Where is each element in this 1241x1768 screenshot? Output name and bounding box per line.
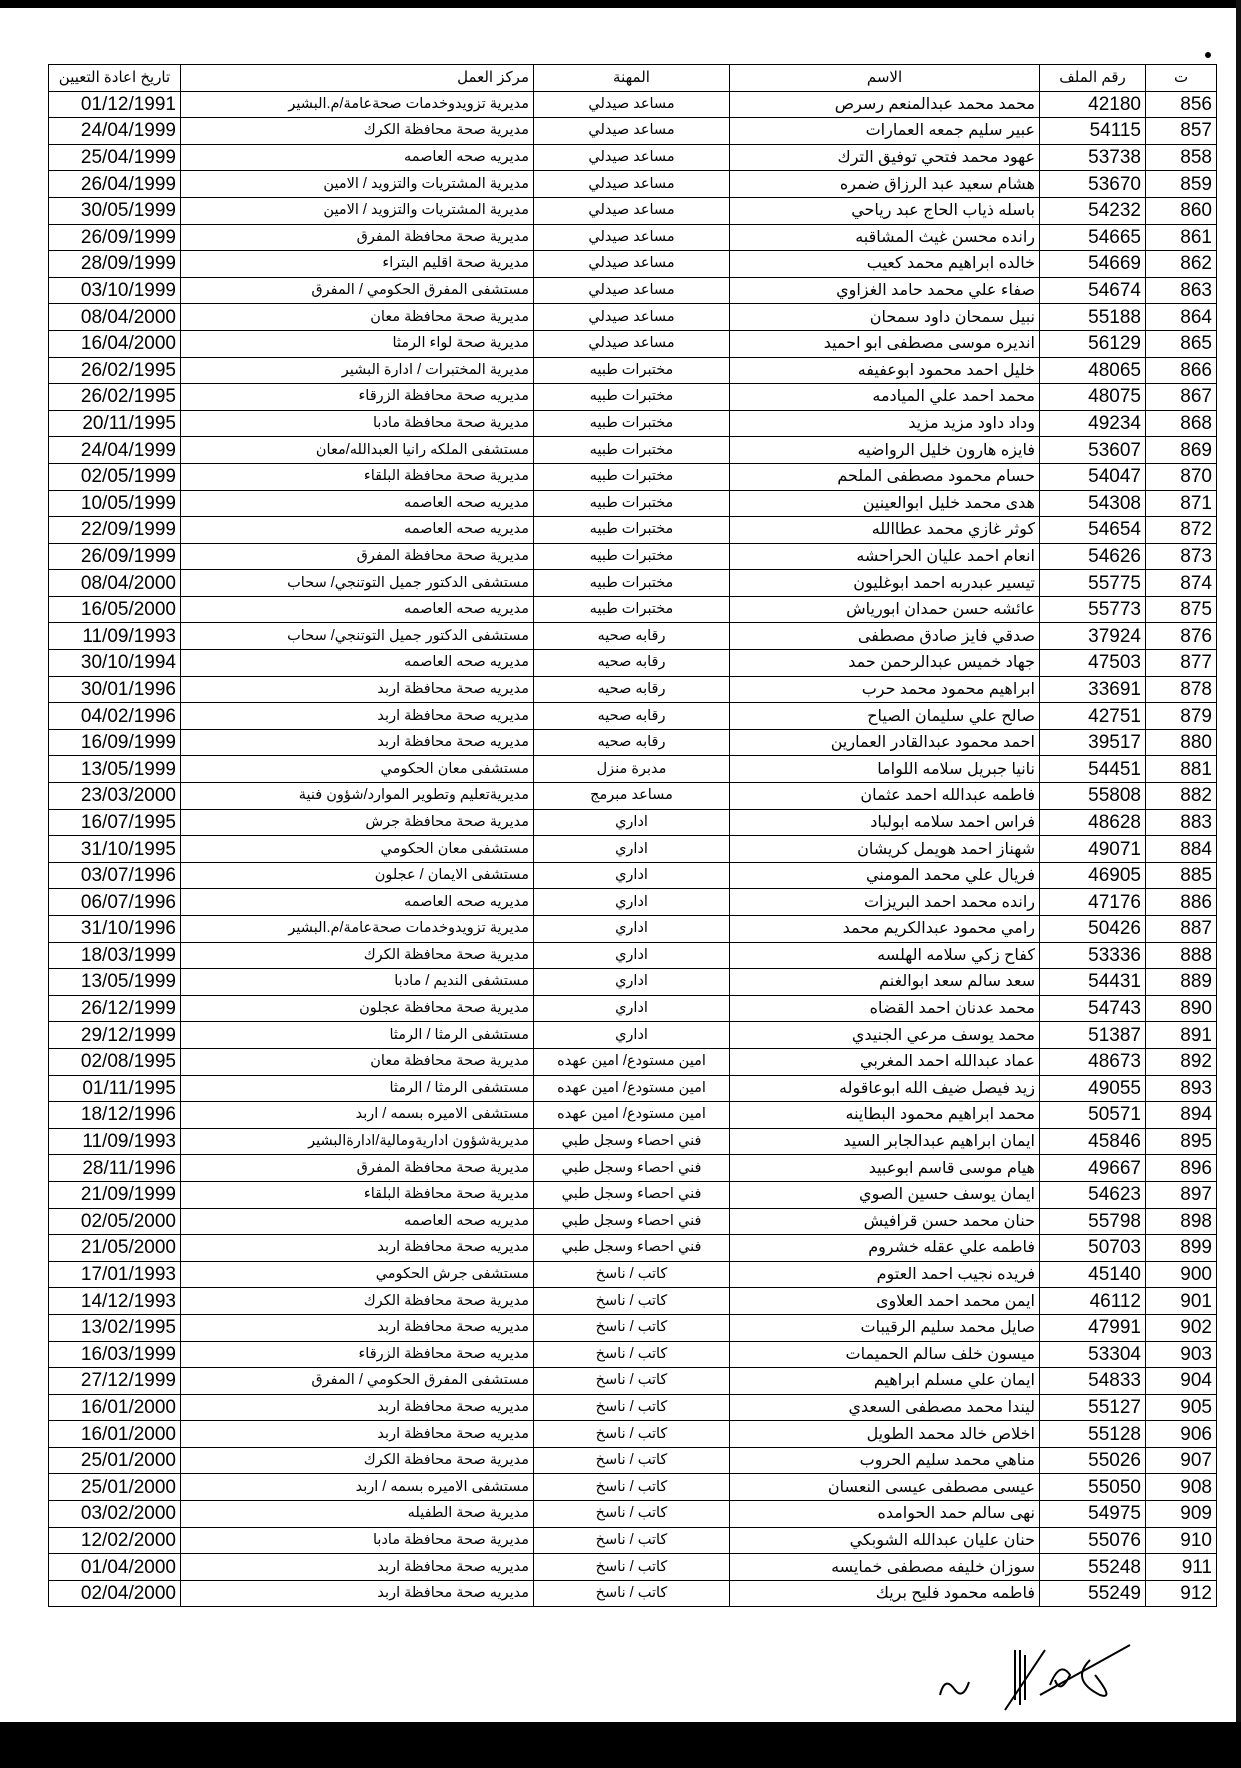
- file-number-cell: 54115: [1040, 118, 1146, 145]
- workplace-cell: مستشفى معان الحكومي: [181, 836, 534, 863]
- name-cell: محمد احمد علي الميادمه: [730, 384, 1040, 411]
- file-number-cell: 42180: [1040, 91, 1146, 118]
- file-number-cell: 54626: [1040, 543, 1146, 570]
- name-cell: ايمن محمد احمد العلاوى: [730, 1288, 1040, 1315]
- table-row: 18/12/1996مستشفى الاميره بسمه / اربدامين…: [49, 1102, 1217, 1129]
- sequence-cell: 903: [1146, 1341, 1217, 1368]
- header-profession: المهنة: [534, 65, 730, 92]
- workplace-cell: مديرية صحة محافظة مادبا: [181, 410, 534, 437]
- name-cell: تيسير عبدربه احمد ابوغليون: [730, 570, 1040, 597]
- file-number-cell: 54047: [1040, 463, 1146, 490]
- name-cell: صايل محمد سليم الرقيبات: [730, 1314, 1040, 1341]
- reappointment-date-cell: 16/04/2000: [49, 330, 181, 357]
- name-cell: صدقي فايز صادق مصطفى: [730, 623, 1040, 650]
- sequence-cell: 865: [1146, 330, 1217, 357]
- profession-cell: كاتب / ناسخ: [534, 1394, 730, 1421]
- name-cell: هيام موسى قاسم ابوعبيد: [730, 1155, 1040, 1182]
- workplace-cell: مديريه صحه العاصمه: [181, 1208, 534, 1235]
- reappointment-date-cell: 21/09/1999: [49, 1181, 181, 1208]
- sequence-cell: 888: [1146, 942, 1217, 969]
- profession-cell: فني احصاء وسجل طبي: [534, 1128, 730, 1155]
- reappointment-date-cell: 26/02/1995: [49, 384, 181, 411]
- file-number-cell: 39517: [1040, 729, 1146, 756]
- sequence-cell: 898: [1146, 1208, 1217, 1235]
- sequence-cell: 895: [1146, 1128, 1217, 1155]
- name-cell: ايمان ابراهيم عبدالجابر السيد: [730, 1128, 1040, 1155]
- profession-cell: مختبرات طبيه: [534, 410, 730, 437]
- file-number-cell: 47176: [1040, 889, 1146, 916]
- file-number-cell: 49071: [1040, 836, 1146, 863]
- sequence-cell: 869: [1146, 437, 1217, 464]
- reappointment-date-cell: 01/11/1995: [49, 1075, 181, 1102]
- profession-cell: فني احصاء وسجل طبي: [534, 1235, 730, 1262]
- name-cell: هدى محمد خليل ابوالعينين: [730, 490, 1040, 517]
- name-cell: عائشه حسن حمدان ابورياش: [730, 596, 1040, 623]
- sequence-cell: 887: [1146, 916, 1217, 943]
- profession-cell: مساعد صيدلي: [534, 197, 730, 224]
- workplace-cell: مديرية صحة محافظة المفرق: [181, 224, 534, 251]
- table-row: 21/05/2000مديريه صحة محافظة اربدفني احصا…: [49, 1235, 1217, 1262]
- profession-cell: رقابه صحيه: [534, 676, 730, 703]
- workplace-cell: مديرية صحة محافظة الكرك: [181, 1288, 534, 1315]
- sequence-cell: 908: [1146, 1474, 1217, 1501]
- profession-cell: مساعد صيدلي: [534, 91, 730, 118]
- file-number-cell: 33691: [1040, 676, 1146, 703]
- workplace-cell: مديريةتعليم وتطوير الموارد/شؤون فنية: [181, 783, 534, 810]
- header-workplace: مركز العمل: [181, 65, 534, 92]
- name-cell: حنان محمد حسن قرافيش: [730, 1208, 1040, 1235]
- table-row: 26/04/1999مديرية المشتريات والتزويد / ال…: [49, 171, 1217, 198]
- sequence-cell: 858: [1146, 144, 1217, 171]
- table-row: 26/02/1995مديرية المختبرات / ادارة البشي…: [49, 357, 1217, 384]
- workplace-cell: مديرية صحة محافظة مادبا: [181, 1527, 534, 1554]
- table-row: 08/04/2000مديرية صحة محافظة معانمساعد صي…: [49, 304, 1217, 331]
- reappointment-date-cell: 11/09/1993: [49, 623, 181, 650]
- table-row: 22/09/1999مديريه صحه العاصمهمختبرات طبيه…: [49, 517, 1217, 544]
- reappointment-date-cell: 02/08/1995: [49, 1048, 181, 1075]
- table-row: 03/07/1996مستشفى الايمان / عجلوناداريفري…: [49, 862, 1217, 889]
- reappointment-date-cell: 18/03/1999: [49, 942, 181, 969]
- table-body: 01/12/1991مديرية تزويدوخدمات صحةعامة/م.ا…: [49, 91, 1217, 1607]
- table-row: 31/10/1996مديرية تزويدوخدمات صحةعامة/م.ا…: [49, 916, 1217, 943]
- profession-cell: اداري: [534, 916, 730, 943]
- table-row: 01/04/2000مديريه صحة محافظة اربدكاتب / ن…: [49, 1554, 1217, 1581]
- workplace-cell: مديرية صحة محافظة المفرق: [181, 543, 534, 570]
- name-cell: كوثر غازي محمد عطاالله: [730, 517, 1040, 544]
- sequence-cell: 860: [1146, 197, 1217, 224]
- reappointment-date-cell: 30/05/1999: [49, 197, 181, 224]
- file-number-cell: 55026: [1040, 1447, 1146, 1474]
- file-number-cell: 55773: [1040, 596, 1146, 623]
- reappointment-date-cell: 24/04/1999: [49, 437, 181, 464]
- reappointment-date-cell: 16/05/2000: [49, 596, 181, 623]
- reappointment-date-cell: 04/02/1996: [49, 703, 181, 730]
- file-number-cell: 55775: [1040, 570, 1146, 597]
- file-number-cell: 55076: [1040, 1527, 1146, 1554]
- file-number-cell: 55798: [1040, 1208, 1146, 1235]
- name-cell: اخلاص خالد محمد الطويل: [730, 1421, 1040, 1448]
- workplace-cell: مستشفى المفرق الحكومي / المفرق: [181, 1368, 534, 1395]
- reappointment-date-cell: 22/09/1999: [49, 517, 181, 544]
- name-cell: ايمان يوسف حسين الصوي: [730, 1181, 1040, 1208]
- profession-cell: فني احصاء وسجل طبي: [534, 1208, 730, 1235]
- name-cell: محمد يوسف مرعي الجنيدي: [730, 1022, 1040, 1049]
- reappointment-date-cell: 30/10/1994: [49, 650, 181, 677]
- profession-cell: مختبرات طبيه: [534, 490, 730, 517]
- file-number-cell: 54833: [1040, 1368, 1146, 1395]
- sequence-cell: 901: [1146, 1288, 1217, 1315]
- table-row: 28/09/1999مديرية صحة اقليم البتراءمساعد …: [49, 251, 1217, 278]
- name-cell: مناهي محمد سليم الحروب: [730, 1447, 1040, 1474]
- file-number-cell: 55248: [1040, 1554, 1146, 1581]
- reappointment-date-cell: 02/05/1999: [49, 463, 181, 490]
- name-cell: محمد ابراهيم محمود البطاينه: [730, 1102, 1040, 1129]
- profession-cell: كاتب / ناسخ: [534, 1580, 730, 1607]
- reappointment-date-cell: 17/01/1993: [49, 1261, 181, 1288]
- sequence-cell: 870: [1146, 463, 1217, 490]
- name-cell: عماد عبدالله احمد المغربي: [730, 1048, 1040, 1075]
- reappointment-date-cell: 23/03/2000: [49, 783, 181, 810]
- workplace-cell: مستشفى الرمثا / الرمثا: [181, 1022, 534, 1049]
- sequence-cell: 881: [1146, 756, 1217, 783]
- sequence-cell: 868: [1146, 410, 1217, 437]
- table-row: 21/09/1999مديرية صحة محافظة البلقاءفني ا…: [49, 1181, 1217, 1208]
- name-cell: محمد محمد عبدالمنعم رسرص: [730, 91, 1040, 118]
- table-row: 16/03/1999مديريه صحة محافظة الزرقاءكاتب …: [49, 1341, 1217, 1368]
- workplace-cell: مستشفى الاميره بسمه / اربد: [181, 1474, 534, 1501]
- table-row: 25/01/2000مستشفى الاميره بسمه / اربدكاتب…: [49, 1474, 1217, 1501]
- workplace-cell: مستشفى الدكتور جميل التوتنجي/ سحاب: [181, 570, 534, 597]
- table-row: 06/07/1996مديريه صحه العاصمهاداريرانده م…: [49, 889, 1217, 916]
- reappointment-date-cell: 28/09/1999: [49, 251, 181, 278]
- sequence-cell: 862: [1146, 251, 1217, 278]
- workplace-cell: مديرية صحة محافظة معان: [181, 304, 534, 331]
- table-row: 16/01/2000مديريه صحة محافظة اربدكاتب / ن…: [49, 1394, 1217, 1421]
- name-cell: انديره موسى مصطفى ابو احميد: [730, 330, 1040, 357]
- file-number-cell: 50571: [1040, 1102, 1146, 1129]
- profession-cell: كاتب / ناسخ: [534, 1261, 730, 1288]
- profession-cell: اداري: [534, 889, 730, 916]
- profession-cell: مختبرات طبيه: [534, 437, 730, 464]
- workplace-cell: مديريه صحة محافظة اربد: [181, 1421, 534, 1448]
- name-cell: ايمان علي مسلم ابراهيم: [730, 1368, 1040, 1395]
- reappointment-date-cell: 08/04/2000: [49, 304, 181, 331]
- file-number-cell: 53336: [1040, 942, 1146, 969]
- reappointment-date-cell: 08/04/2000: [49, 570, 181, 597]
- profession-cell: كاتب / ناسخ: [534, 1421, 730, 1448]
- reappointment-date-cell: 11/09/1993: [49, 1128, 181, 1155]
- profession-cell: كاتب / ناسخ: [534, 1554, 730, 1581]
- name-cell: رانده محسن غيث المشاقبه: [730, 224, 1040, 251]
- reappointment-date-cell: 26/09/1999: [49, 543, 181, 570]
- workplace-cell: مديرية تزويدوخدمات صحةعامة/م.البشير: [181, 916, 534, 943]
- name-cell: نبيل سمحان داود سمحان: [730, 304, 1040, 331]
- reappointment-date-cell: 13/05/1999: [49, 969, 181, 996]
- reappointment-date-cell: 16/01/2000: [49, 1394, 181, 1421]
- workplace-cell: مستشفى الملكه رانيا العبدالله/معان: [181, 437, 534, 464]
- workplace-cell: مستشفى الاميره بسمه / اربد: [181, 1102, 534, 1129]
- table-row: 18/03/1999مديرية صحة محافظة الكركاداريكف…: [49, 942, 1217, 969]
- file-number-cell: 54451: [1040, 756, 1146, 783]
- profession-cell: مساعد صيدلي: [534, 277, 730, 304]
- name-cell: ابراهيم محمود محمد حرب: [730, 676, 1040, 703]
- name-cell: فاطمه محمود فليح بريك: [730, 1580, 1040, 1607]
- workplace-cell: مستشفى الرمثا / الرمثا: [181, 1075, 534, 1102]
- reappointment-date-cell: 12/02/2000: [49, 1527, 181, 1554]
- workplace-cell: مديريه صحة محافظة اربد: [181, 676, 534, 703]
- workplace-cell: مديريه صحه العاصمه: [181, 490, 534, 517]
- reappointment-date-cell: 24/04/1999: [49, 118, 181, 145]
- sequence-cell: 874: [1146, 570, 1217, 597]
- profession-cell: اداري: [534, 942, 730, 969]
- sequence-cell: 893: [1146, 1075, 1217, 1102]
- reappointment-date-cell: 16/01/2000: [49, 1421, 181, 1448]
- sequence-cell: 877: [1146, 650, 1217, 677]
- table-row: 30/01/1996مديريه صحة محافظة اربدرقابه صح…: [49, 676, 1217, 703]
- sequence-cell: 883: [1146, 809, 1217, 836]
- workplace-cell: مستشفى النديم / مادبا: [181, 969, 534, 996]
- reappointment-date-cell: 10/05/1999: [49, 490, 181, 517]
- table-row: 26/09/1999مديرية صحة محافظة المفرقمختبرا…: [49, 543, 1217, 570]
- file-number-cell: 56129: [1040, 330, 1146, 357]
- profession-cell: مختبرات طبيه: [534, 357, 730, 384]
- scan-mark: [1205, 52, 1211, 58]
- sequence-cell: 859: [1146, 171, 1217, 198]
- header-name: الاسم: [730, 65, 1040, 92]
- profession-cell: اداري: [534, 1022, 730, 1049]
- sequence-cell: 900: [1146, 1261, 1217, 1288]
- sequence-cell: 891: [1146, 1022, 1217, 1049]
- file-number-cell: 54975: [1040, 1501, 1146, 1528]
- table-row: 01/12/1991مديرية تزويدوخدمات صحةعامة/م.ا…: [49, 91, 1217, 118]
- name-cell: فريال علي محمد المومني: [730, 862, 1040, 889]
- reappointment-date-cell: 01/04/2000: [49, 1554, 181, 1581]
- profession-cell: مساعد صيدلي: [534, 251, 730, 278]
- name-cell: فراس احمد سلامه ابولباد: [730, 809, 1040, 836]
- sequence-cell: 861: [1146, 224, 1217, 251]
- profession-cell: مساعد صيدلي: [534, 304, 730, 331]
- name-cell: هشام سعيد عبد الرزاق ضمره: [730, 171, 1040, 198]
- reappointment-date-cell: 06/07/1996: [49, 889, 181, 916]
- workplace-cell: مديريه صحة محافظة اربد: [181, 1235, 534, 1262]
- reappointment-date-cell: 14/12/1993: [49, 1288, 181, 1315]
- profession-cell: رقابه صحيه: [534, 703, 730, 730]
- profession-cell: اداري: [534, 809, 730, 836]
- workplace-cell: مديرية صحة محافظة البلقاء: [181, 463, 534, 490]
- file-number-cell: 53304: [1040, 1341, 1146, 1368]
- reappointment-date-cell: 03/07/1996: [49, 862, 181, 889]
- profession-cell: مختبرات طبيه: [534, 596, 730, 623]
- name-cell: صفاء علي محمد حامد الغزاوي: [730, 277, 1040, 304]
- table-row: 03/10/1999مستشفى المفرق الحكومي / المفرق…: [49, 277, 1217, 304]
- file-number-cell: 49234: [1040, 410, 1146, 437]
- file-number-cell: 48628: [1040, 809, 1146, 836]
- table-row: 28/11/1996مديرية صحة محافظة المفرقفني اح…: [49, 1155, 1217, 1182]
- sequence-cell: 864: [1146, 304, 1217, 331]
- name-cell: شهناز احمد هويمل كريشان: [730, 836, 1040, 863]
- scan-border-bottom: [0, 1722, 1241, 1768]
- sequence-cell: 909: [1146, 1501, 1217, 1528]
- table-row: 16/07/1995مديرية صحة محافظة جرشاداريفراس…: [49, 809, 1217, 836]
- sequence-cell: 884: [1146, 836, 1217, 863]
- profession-cell: اداري: [534, 836, 730, 863]
- name-cell: عيسى مصطفى عيسى النعسان: [730, 1474, 1040, 1501]
- name-cell: حنان عليان عبدالله الشوبكي: [730, 1527, 1040, 1554]
- file-number-cell: 55127: [1040, 1394, 1146, 1421]
- table-row: 02/05/1999مديرية صحة محافظة البلقاءمختبر…: [49, 463, 1217, 490]
- table-row: 11/09/1993مستشفى الدكتور جميل التوتنجي/ …: [49, 623, 1217, 650]
- name-cell: سعد سالم سعد ابوالغنم: [730, 969, 1040, 996]
- name-cell: نهى سالم حمد الحوامده: [730, 1501, 1040, 1528]
- table-row: 27/12/1999مستشفى المفرق الحكومي / المفرق…: [49, 1368, 1217, 1395]
- name-cell: خالده ابراهيم محمد كعيب: [730, 251, 1040, 278]
- workplace-cell: مديرية المشتريات والتزويد / الامين: [181, 171, 534, 198]
- table-row: 26/12/1999مديرية صحة محافظة عجلوناداريمح…: [49, 995, 1217, 1022]
- sequence-cell: 894: [1146, 1102, 1217, 1129]
- sequence-cell: 912: [1146, 1580, 1217, 1607]
- file-number-cell: 53670: [1040, 171, 1146, 198]
- reappointment-date-cell: 27/12/1999: [49, 1368, 181, 1395]
- profession-cell: اداري: [534, 969, 730, 996]
- sequence-cell: 867: [1146, 384, 1217, 411]
- sequence-cell: 875: [1146, 596, 1217, 623]
- reappointment-table: تاريخ اعادة التعيين مركز العمل المهنة ال…: [48, 64, 1217, 1607]
- workplace-cell: مديريه صحة محافظة الزرقاء: [181, 1341, 534, 1368]
- sequence-cell: 905: [1146, 1394, 1217, 1421]
- reappointment-date-cell: 13/02/1995: [49, 1314, 181, 1341]
- table-row: 29/12/1999مستشفى الرمثا / الرمثااداريمحم…: [49, 1022, 1217, 1049]
- file-number-cell: 49055: [1040, 1075, 1146, 1102]
- sequence-cell: 904: [1146, 1368, 1217, 1395]
- table-row: 02/05/2000مديريه صحه العاصمهفني احصاء وس…: [49, 1208, 1217, 1235]
- workplace-cell: مديرية صحة محافظة معان: [181, 1048, 534, 1075]
- file-number-cell: 37924: [1040, 623, 1146, 650]
- workplace-cell: مديريه صحة محافظة الزرقاء: [181, 384, 534, 411]
- file-number-cell: 48065: [1040, 357, 1146, 384]
- reappointment-date-cell: 28/11/1996: [49, 1155, 181, 1182]
- table-row: 16/09/1999مديريه صحة محافظة اربدرقابه صح…: [49, 729, 1217, 756]
- reappointment-date-cell: 26/04/1999: [49, 171, 181, 198]
- workplace-cell: مديريةشؤون اداريةومالية/ادارةالبشير: [181, 1128, 534, 1155]
- file-number-cell: 54743: [1040, 995, 1146, 1022]
- profession-cell: مساعد صيدلي: [534, 144, 730, 171]
- reappointment-date-cell: 13/05/1999: [49, 756, 181, 783]
- table-row: 10/05/1999مديريه صحه العاصمهمختبرات طبيه…: [49, 490, 1217, 517]
- sequence-cell: 890: [1146, 995, 1217, 1022]
- file-number-cell: 46905: [1040, 862, 1146, 889]
- sequence-cell: 897: [1146, 1181, 1217, 1208]
- profession-cell: كاتب / ناسخ: [534, 1527, 730, 1554]
- table-row: 20/11/1995مديرية صحة محافظة مادبامختبرات…: [49, 410, 1217, 437]
- file-number-cell: 45846: [1040, 1128, 1146, 1155]
- scan-border-right: [1236, 0, 1241, 1768]
- table-row: 12/02/2000مديرية صحة محافظة مادباكاتب / …: [49, 1527, 1217, 1554]
- name-cell: انعام احمد عليان الحراحشه: [730, 543, 1040, 570]
- reappointment-date-cell: 20/11/1995: [49, 410, 181, 437]
- name-cell: فايزه هارون خليل الرواضيه: [730, 437, 1040, 464]
- workplace-cell: مديرية صحة محافظة المفرق: [181, 1155, 534, 1182]
- profession-cell: كاتب / ناسخ: [534, 1447, 730, 1474]
- workplace-cell: مستشفى معان الحكومي: [181, 756, 534, 783]
- file-number-cell: 55128: [1040, 1421, 1146, 1448]
- name-cell: احمد محمود عبدالقادر العمارين: [730, 729, 1040, 756]
- file-number-cell: 42751: [1040, 703, 1146, 730]
- file-number-cell: 48673: [1040, 1048, 1146, 1075]
- table-row: 16/05/2000مديريه صحه العاصمهمختبرات طبيه…: [49, 596, 1217, 623]
- sequence-cell: 876: [1146, 623, 1217, 650]
- sequence-cell: 863: [1146, 277, 1217, 304]
- profession-cell: مختبرات طبيه: [534, 543, 730, 570]
- name-cell: صالح علي سليمان الصياح: [730, 703, 1040, 730]
- scan-border-top: [0, 0, 1241, 8]
- profession-cell: مدبرة منزل: [534, 756, 730, 783]
- table-row: 16/01/2000مديريه صحة محافظة اربدكاتب / ن…: [49, 1421, 1217, 1448]
- name-cell: فاطمه عبدالله احمد عثمان: [730, 783, 1040, 810]
- workplace-cell: مديريه صحه العاصمه: [181, 517, 534, 544]
- workplace-cell: مديريه صحه العاصمه: [181, 650, 534, 677]
- file-number-cell: 54654: [1040, 517, 1146, 544]
- table-row: 13/02/1995مديريه صحة محافظة اربدكاتب / ن…: [49, 1314, 1217, 1341]
- sequence-cell: 911: [1146, 1554, 1217, 1581]
- reappointment-date-cell: 31/10/1995: [49, 836, 181, 863]
- name-cell: عهود محمد فتحي توفيق الترك: [730, 144, 1040, 171]
- reappointment-date-cell: 01/12/1991: [49, 91, 181, 118]
- workplace-cell: مديرية المختبرات / ادارة البشير: [181, 357, 534, 384]
- name-cell: ميسون خلف سالم الحميمات: [730, 1341, 1040, 1368]
- profession-cell: مختبرات طبيه: [534, 463, 730, 490]
- sequence-cell: 872: [1146, 517, 1217, 544]
- file-number-cell: 55188: [1040, 304, 1146, 331]
- workplace-cell: مديرية تزويدوخدمات صحةعامة/م.البشير: [181, 91, 534, 118]
- profession-cell: فني احصاء وسجل طبي: [534, 1181, 730, 1208]
- profession-cell: مساعد صيدلي: [534, 330, 730, 357]
- table-row: 30/10/1994مديريه صحه العاصمهرقابه صحيهجه…: [49, 650, 1217, 677]
- profession-cell: رقابه صحيه: [534, 623, 730, 650]
- workplace-cell: مستشفى الدكتور جميل التوتنجي/ سحاب: [181, 623, 534, 650]
- workplace-cell: مديريه صحة محافظة اربد: [181, 1314, 534, 1341]
- workplace-cell: مديريه صحة محافظة اربد: [181, 729, 534, 756]
- profession-cell: مساعد صيدلي: [534, 171, 730, 198]
- header-file-number: رقم الملف: [1040, 65, 1146, 92]
- workplace-cell: مديريه صحة محافظة اربد: [181, 1580, 534, 1607]
- workplace-cell: مستشفى المفرق الحكومي / المفرق: [181, 277, 534, 304]
- reappointment-date-cell: 25/01/2000: [49, 1447, 181, 1474]
- file-number-cell: 51387: [1040, 1022, 1146, 1049]
- reappointment-date-cell: 03/10/1999: [49, 277, 181, 304]
- sequence-cell: 871: [1146, 490, 1217, 517]
- table-row: 03/02/2000مديرية صحة الطفيلهكاتب / ناسخن…: [49, 1501, 1217, 1528]
- reappointment-date-cell: 26/02/1995: [49, 357, 181, 384]
- table-row: 26/09/1999مديرية صحة محافظة المفرقمساعد …: [49, 224, 1217, 251]
- sequence-cell: 857: [1146, 118, 1217, 145]
- table-row: 25/04/1999مديريه صحه العاصمهمساعد صيدليع…: [49, 144, 1217, 171]
- name-cell: حسام محمود مصطفى الملحم: [730, 463, 1040, 490]
- sequence-cell: 907: [1146, 1447, 1217, 1474]
- name-cell: رانده محمد احمد البريزات: [730, 889, 1040, 916]
- profession-cell: امين مستودع/ امين عهده: [534, 1075, 730, 1102]
- workplace-cell: مديريه صحة محافظة اربد: [181, 1394, 534, 1421]
- sequence-cell: 873: [1146, 543, 1217, 570]
- sequence-cell: 885: [1146, 862, 1217, 889]
- profession-cell: كاتب / ناسخ: [534, 1288, 730, 1315]
- workplace-cell: مستشفى الايمان / عجلون: [181, 862, 534, 889]
- profession-cell: اداري: [534, 862, 730, 889]
- reappointment-date-cell: 26/12/1999: [49, 995, 181, 1022]
- header-reappointment-date: تاريخ اعادة التعيين: [49, 65, 181, 92]
- table-row: 26/02/1995مديريه صحة محافظة الزرقاءمختبر…: [49, 384, 1217, 411]
- file-number-cell: 54623: [1040, 1181, 1146, 1208]
- name-cell: فريده نجيب احمد العتوم: [730, 1261, 1040, 1288]
